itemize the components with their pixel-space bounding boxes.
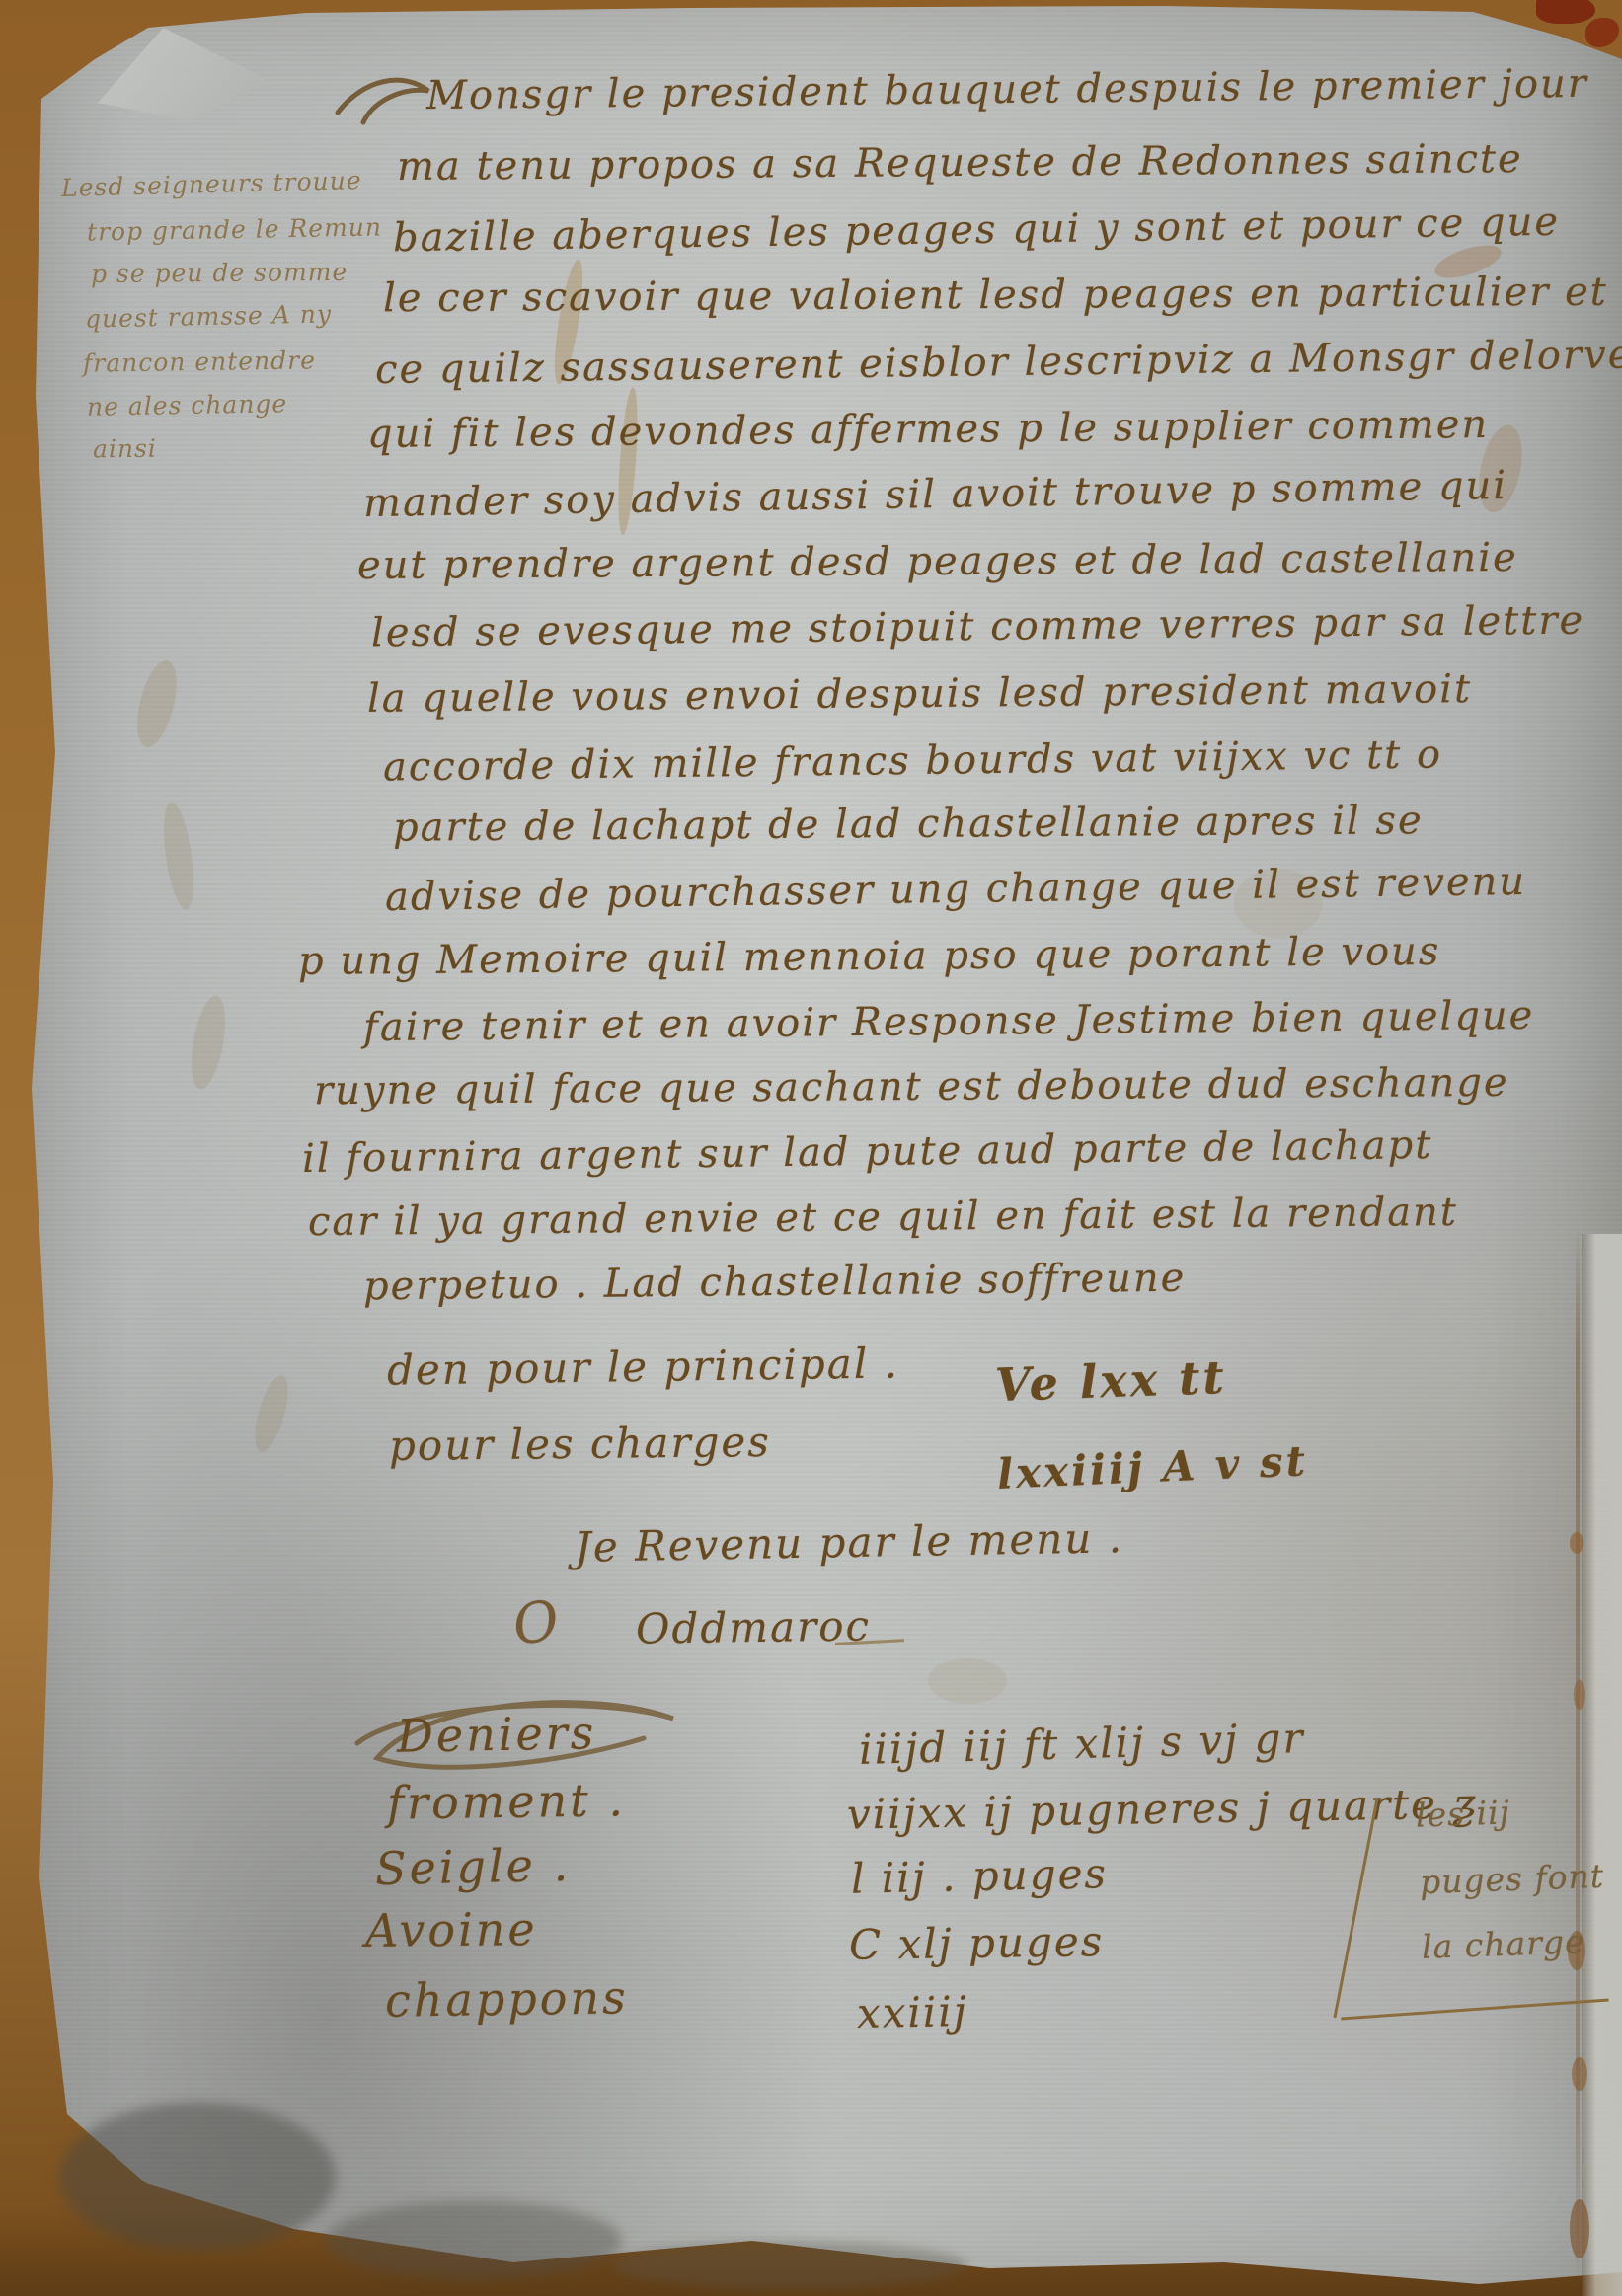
body-line: parte de lachapt de lad chastellanie apr… xyxy=(393,798,1424,850)
marginal-note-line: quest ramsse A ny xyxy=(85,299,332,333)
marginal-note-line: francon entendre xyxy=(83,345,316,377)
account-amount: l iij . puges xyxy=(851,1849,1109,1902)
marginal-note-line: ne ales change xyxy=(87,389,288,421)
section-mark: O xyxy=(509,1588,566,1658)
account-item: Seigle . xyxy=(374,1838,571,1895)
background-mark xyxy=(1585,18,1619,47)
marginal-note-line: trop grande le Remun xyxy=(87,212,382,246)
charges-label: pour les charges xyxy=(389,1417,771,1470)
account-item: Deniers xyxy=(397,1706,597,1763)
principal-label: den pour le principal . xyxy=(387,1339,900,1394)
account-amount: C xlj puges xyxy=(849,1917,1105,1969)
account-item: froment . xyxy=(387,1773,627,1829)
fold-crease-line xyxy=(1576,1224,1580,2296)
body-line: perpetuo . Lad chastellanie soffreune xyxy=(363,1256,1187,1310)
page-edge-sliver xyxy=(1582,1234,1622,2296)
body-line: ruyne quil face que sachant est deboute … xyxy=(314,1060,1509,1113)
body-line: le cer scavoir que valoient lesd peages … xyxy=(383,269,1608,321)
side-note-line: puges font xyxy=(1419,1857,1604,1902)
side-note-line: les iij xyxy=(1415,1793,1510,1834)
principal-amount: Ve lxx tt xyxy=(994,1350,1227,1412)
marginal-note-line: ainsi xyxy=(93,434,157,464)
side-note-line: la charge xyxy=(1421,1922,1585,1966)
body-line: la quelle vous envoi despuis lesd presid… xyxy=(367,666,1472,722)
account-item: chappons xyxy=(385,1970,629,2027)
account-amount: xxiiij xyxy=(857,1987,969,2037)
manuscript-photo: Lesd seigneurs trouue trop grande le Rem… xyxy=(0,0,1622,2296)
recap-line: Je Revenu par le menu . xyxy=(575,1513,1124,1571)
marginal-note-line: p se peu de somme xyxy=(91,258,348,288)
body-line: ma tenu propos a sa Requeste de Redonnes… xyxy=(397,136,1523,190)
account-item: Avoine xyxy=(365,1902,538,1957)
background-mark xyxy=(1536,0,1595,24)
body-line: eut prendre argent desd peages et de lad… xyxy=(357,535,1518,588)
